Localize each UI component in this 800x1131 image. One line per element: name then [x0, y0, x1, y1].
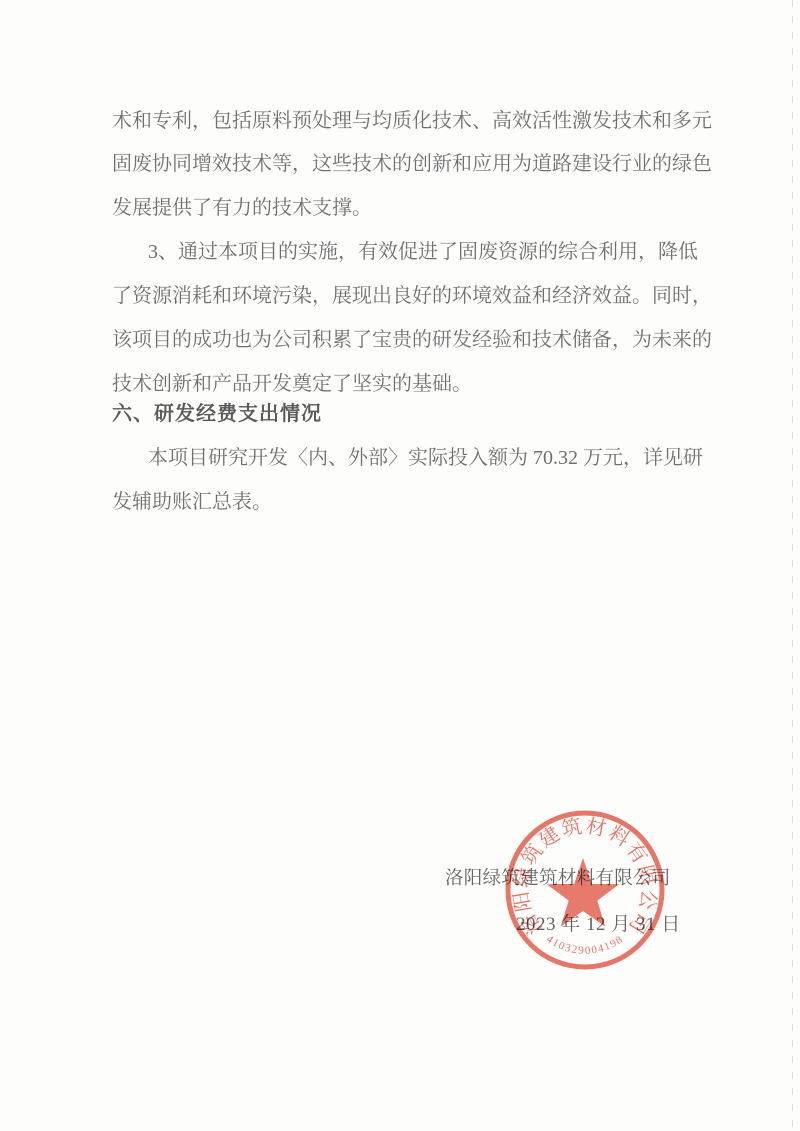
scan-edge-artifact [792, 0, 793, 1131]
body-line-5: 了资源消耗和环境污染，展现出良好的环境效益和经济效益。同时， [112, 283, 712, 309]
body-line-2: 固废协同增效技术等，这些技术的创新和应用为道路建设行业的绿色 [112, 151, 712, 177]
section-heading: 六、研发经费支出情况 [112, 401, 712, 427]
body-line-3: 发展提供了有力的技术支撑。 [112, 195, 712, 221]
seal-star-icon [547, 858, 619, 927]
svg-text:410329004198: 410329004198 [544, 933, 626, 957]
company-seal: 洛阳绿筑建筑材料有限公司 410329004198 [488, 793, 682, 987]
body-line-9: 发辅助账汇总表。 [112, 489, 712, 515]
body-line-8: 本项目研究开发〈内、外部〉实际投入额为 70.32 万元，详见研 [112, 445, 748, 471]
body-line-1: 术和专利，包括原料预处理与均质化技术、高效活性激发技术和多元 [112, 108, 712, 134]
seal-serial-number: 410329004198 [544, 933, 626, 957]
body-line-7: 技术创新和产品开发奠定了坚实的基础。 [112, 371, 712, 397]
body-line-4: 3、通过本项目的实施，有效促进了固废资源的综合利用，降低 [112, 239, 748, 265]
document-page: 术和专利，包括原料预处理与均质化技术、高效活性激发技术和多元 固废协同增效技术等… [0, 0, 800, 1131]
body-line-6: 该项目的成功也为公司积累了宝贵的研发经验和技术储备，为未来的 [112, 327, 712, 353]
